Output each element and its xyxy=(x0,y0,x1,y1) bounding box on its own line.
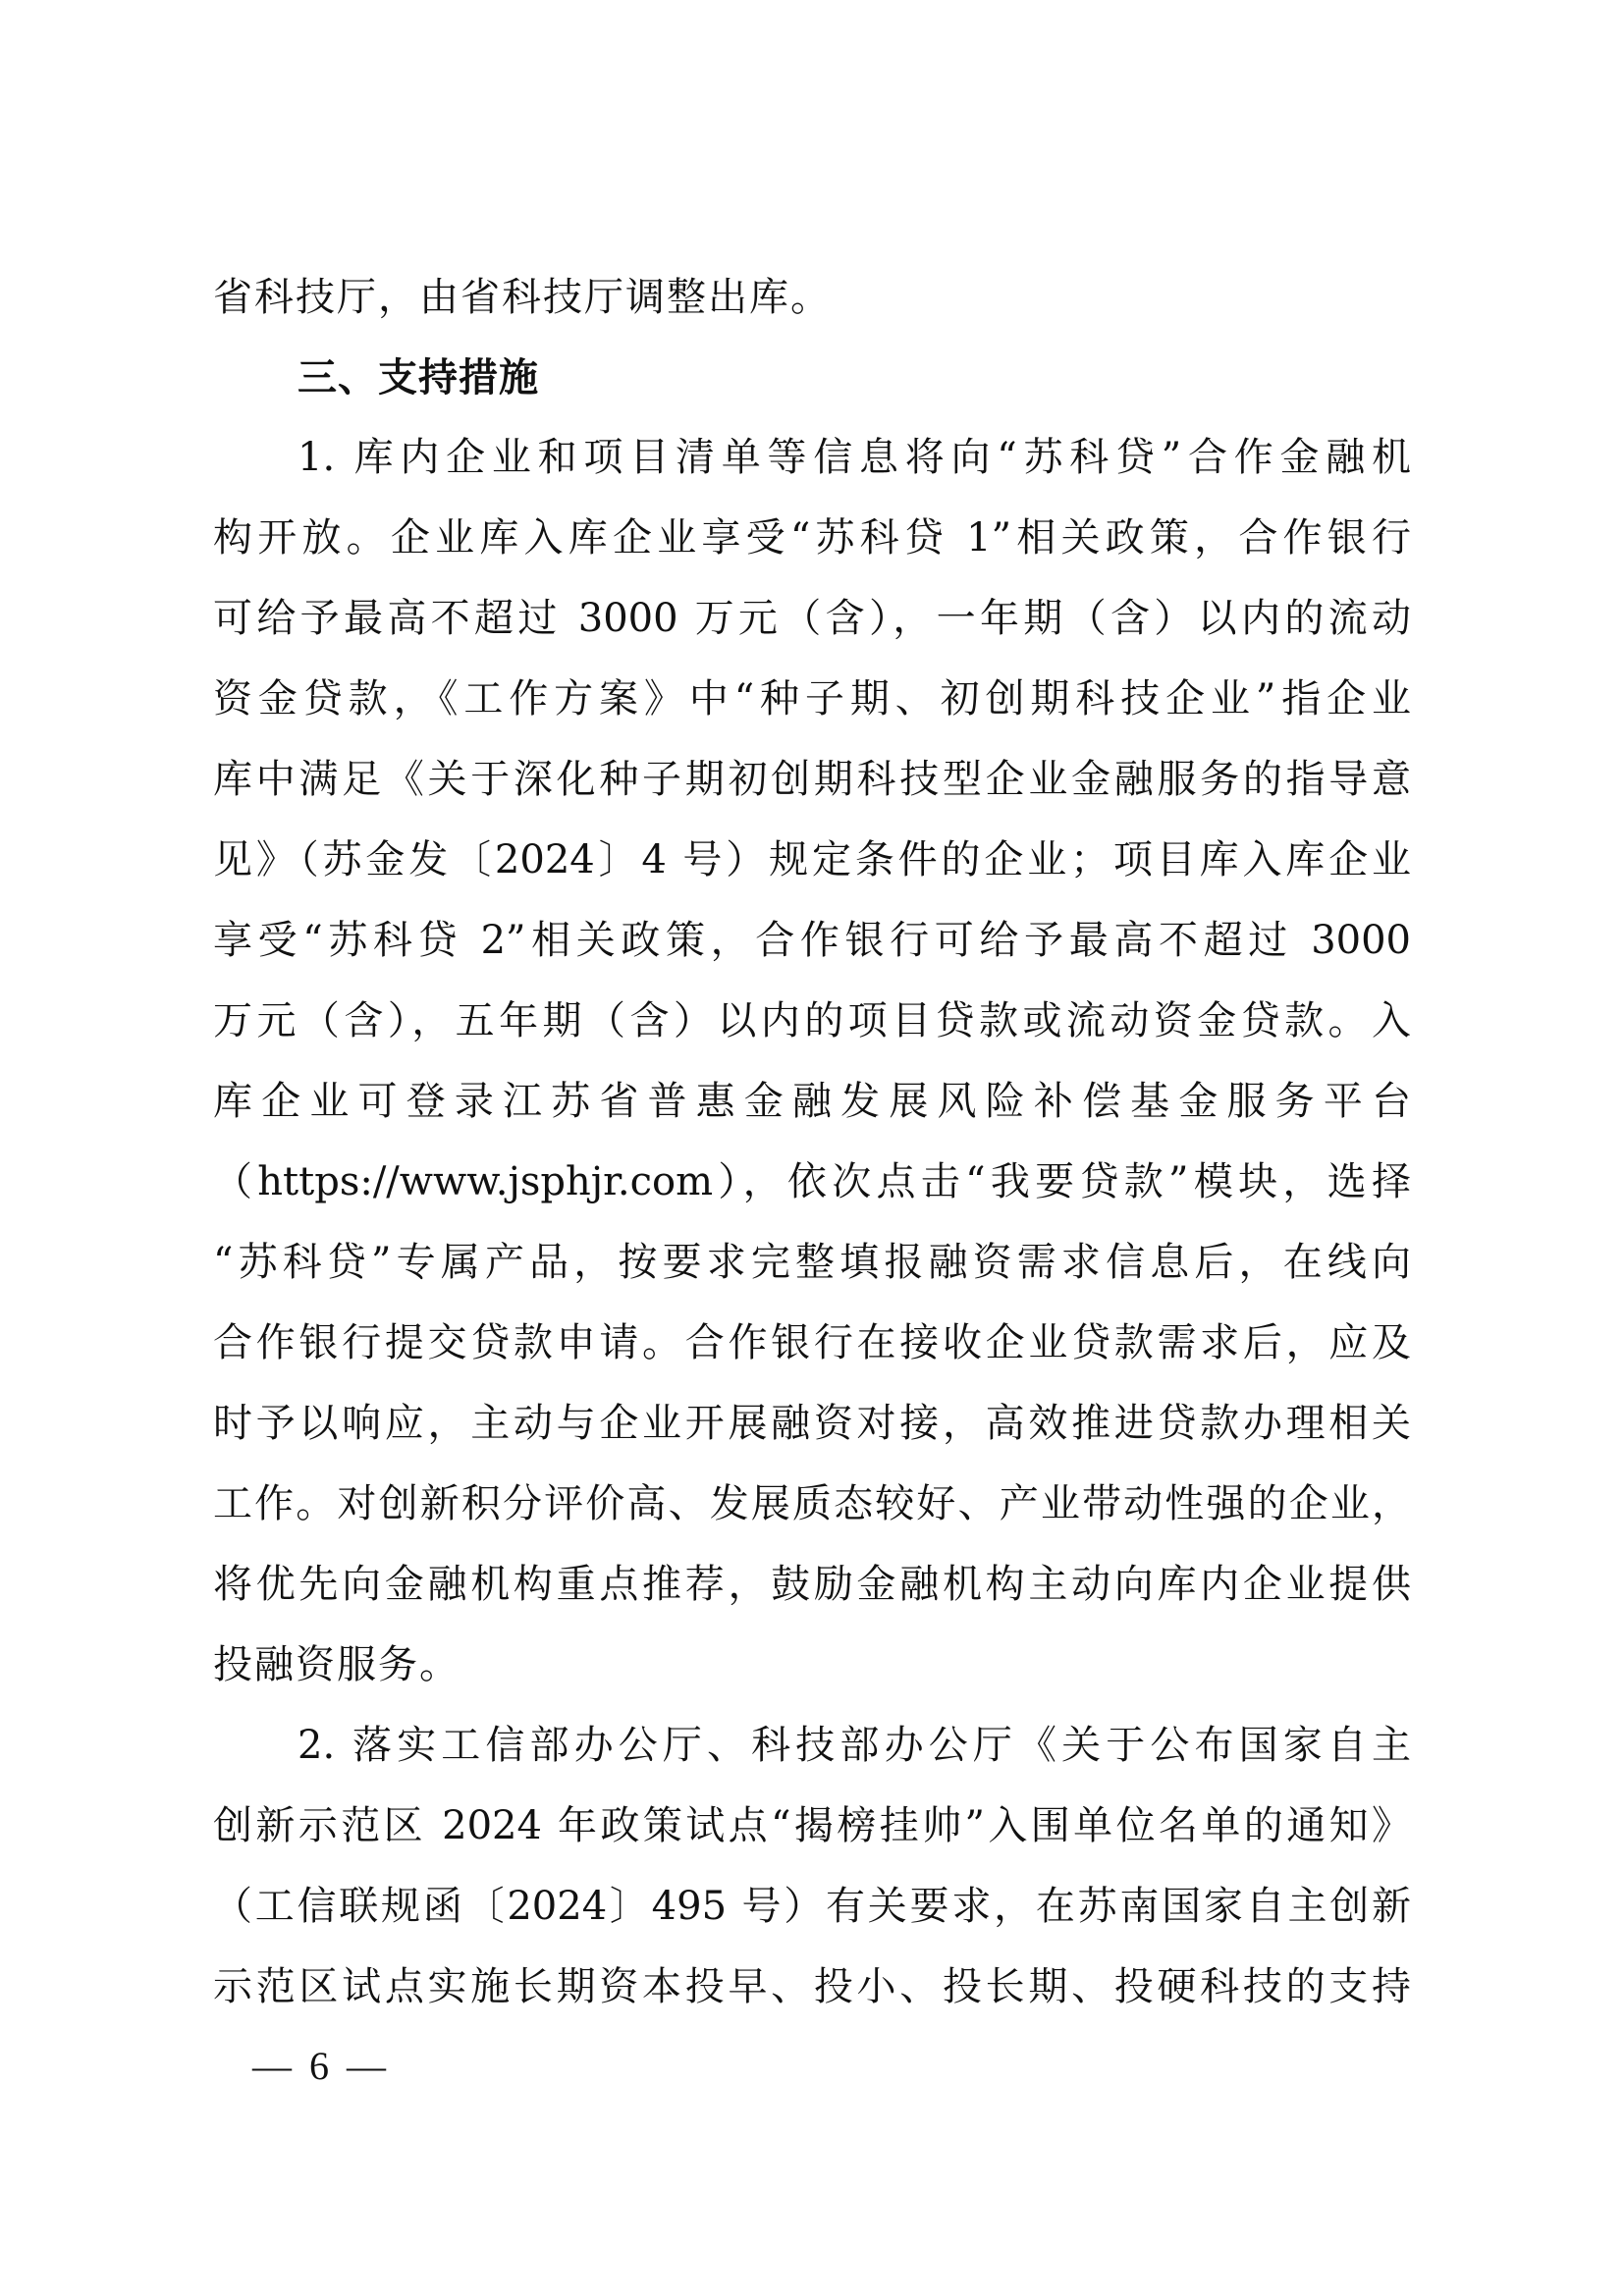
paragraph-line: （工信联规函〔2024〕495 号）有关要求，在苏南国家自主创新 xyxy=(213,1877,1411,1936)
paragraph-line: 1. 库内企业和项目清单等信息将向“苏科贷”合作金融机 xyxy=(298,428,1411,487)
paragraph-line: 将优先向金融机构重点推荐，鼓励金融机构主动向库内企业提供 xyxy=(213,1555,1411,1614)
paragraph-line: 时予以响应，主动与企业开展融资对接，高效推进贷款办理相关 xyxy=(213,1394,1411,1453)
paragraph-line: 资金贷款，《工作方案》中“种子期、初创期科技企业”指企业 xyxy=(213,669,1411,728)
paragraph-line: 工作。对创新积分评价高、发展质态较好、产业带动性强的企业， xyxy=(213,1474,1411,1533)
paragraph-line: 合作银行提交贷款申请。合作银行在接收企业贷款需求后，应及 xyxy=(213,1313,1411,1372)
page-number: — 6 — xyxy=(252,2037,390,2096)
paragraph-line: 构开放。企业库入库企业享受“苏科贷 1”相关政策，合作银行 xyxy=(213,508,1411,567)
document-page: 省科技厅，由省科技厅调整出库。 三、支持措施 1. 库内企业和项目清单等信息将向… xyxy=(0,0,1624,2296)
paragraph-line: 万元（含），五年期（含）以内的项目贷款或流动资金贷款。入 xyxy=(213,991,1411,1050)
section-heading: 三、支持措施 xyxy=(298,348,539,407)
paragraph-line: （https://www.jsphjr.com），依次点击“我要贷款”模块，选择 xyxy=(213,1152,1411,1211)
paragraph-line: 见》（苏金发〔2024〕4 号）规定条件的企业；项目库入库企业 xyxy=(213,830,1411,889)
paragraph-line: 示范区试点实施长期资本投早、投小、投长期、投硬科技的支持 xyxy=(213,1957,1411,2016)
paragraph-line: 投融资服务。 xyxy=(213,1635,1411,1694)
paragraph-line: 库企业可登录江苏省普惠金融发展风险补偿基金服务平台 xyxy=(213,1072,1411,1131)
paragraph-line: “苏科贷”专属产品，按要求完整填报融资需求信息后，在线向 xyxy=(213,1233,1411,1292)
paragraph-line: 2. 落实工信部办公厅、科技部办公厅《关于公布国家自主 xyxy=(298,1716,1411,1775)
paragraph-line: 可给予最高不超过 3000 万元（含），一年期（含）以内的流动 xyxy=(213,589,1411,648)
paragraph-line: 享受“苏科贷 2”相关政策，合作银行可给予最高不超过 3000 xyxy=(213,911,1411,970)
paragraph-line: 库中满足《关于深化种子期初创期科技型企业金融服务的指导意 xyxy=(213,750,1411,809)
carryover-text-line: 省科技厅，由省科技厅调整出库。 xyxy=(213,268,1411,327)
paragraph-line: 创新示范区 2024 年政策试点“揭榜挂帅”入围单位名单的通知》 xyxy=(213,1796,1411,1855)
